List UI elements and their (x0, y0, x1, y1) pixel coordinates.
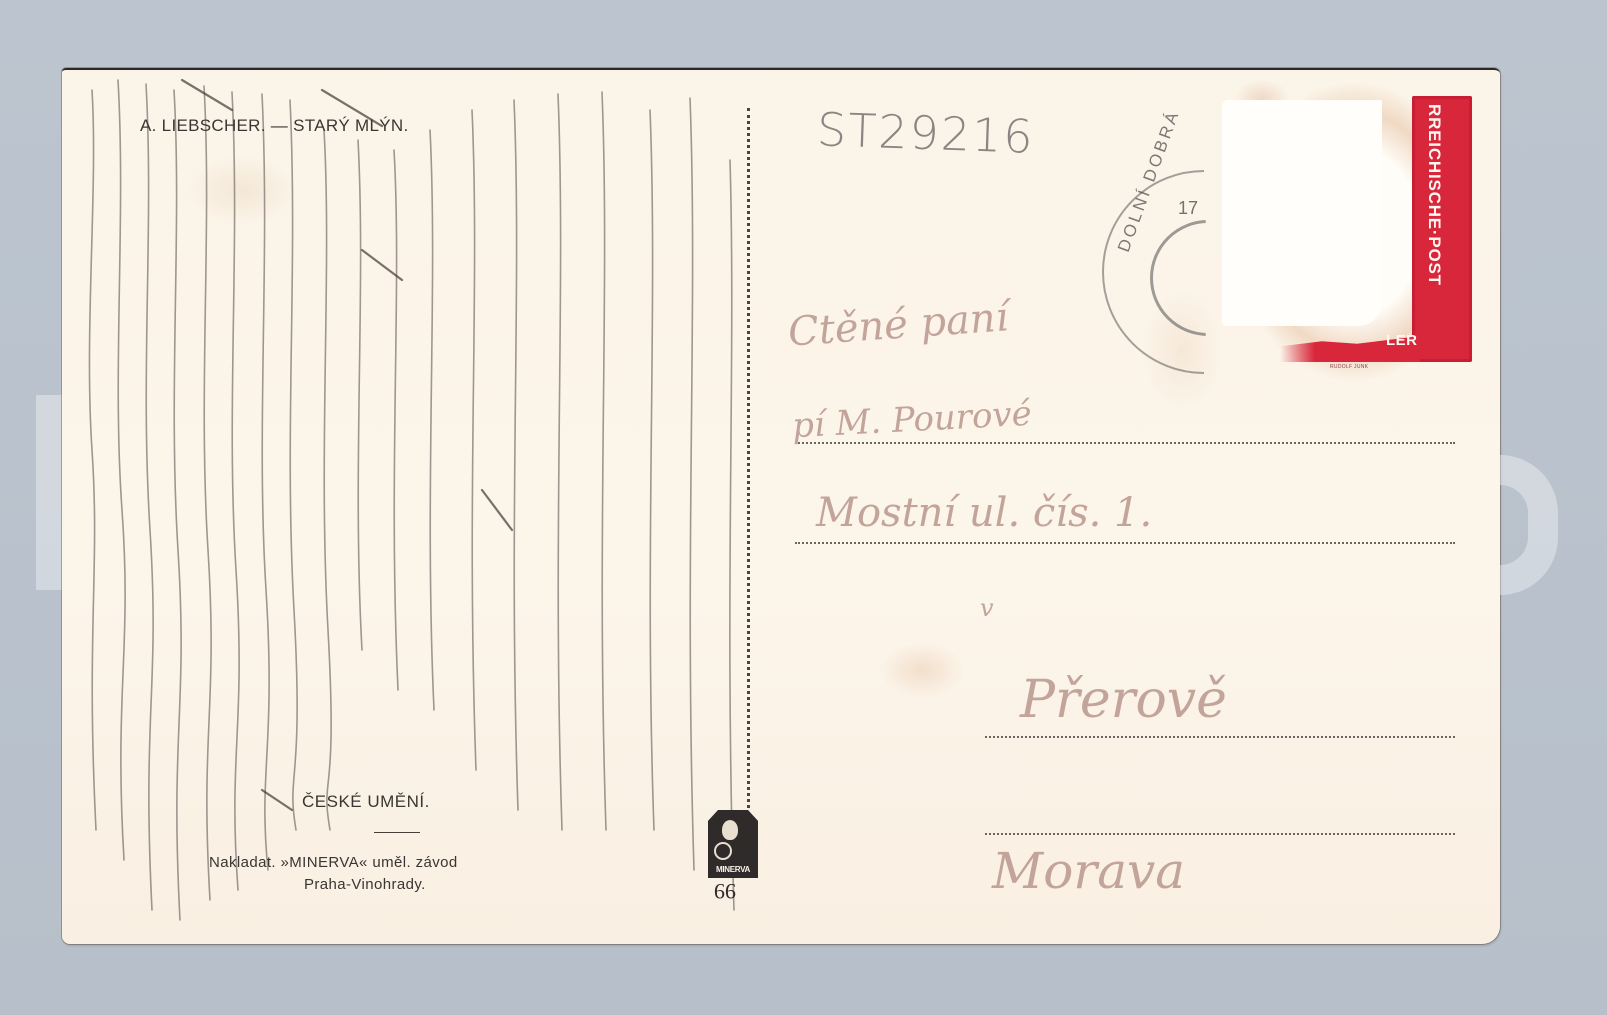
address-line-2 (795, 542, 1455, 544)
address-salutation: Ctěné paní (787, 294, 1010, 355)
minerva-logo-icon: MINERVA (708, 810, 758, 878)
artwork-caption: A. LIEBSCHER. — STARÝ MLÝN. (140, 116, 409, 136)
address-line-3 (985, 736, 1455, 738)
stamp-designer-imprint: RUDOLF JUNK (1330, 364, 1368, 370)
address-region: Morava (992, 842, 1185, 900)
address-line-1 (795, 442, 1455, 444)
address-preposition: v (980, 594, 994, 622)
caption-divider (374, 832, 420, 833)
inventory-mark: ST29216 (816, 102, 1035, 164)
publisher-city: Praha-Vinohrady. (304, 876, 426, 893)
minerva-face-icon (722, 820, 738, 840)
shield-icon (714, 842, 732, 860)
address-city: Přerově (1020, 670, 1227, 730)
series-title: ČESKÉ UMĚNÍ. (302, 792, 430, 812)
stamp-value-text: LER (1386, 332, 1418, 349)
logo-label: MINERVA (708, 865, 758, 874)
image-stage: A. LIEBSCHER. — STARÝ MLÝN. ČESKÉ UMĚNÍ.… (0, 0, 1607, 1015)
stamp-damaged-area (1222, 100, 1382, 326)
message-address-divider (747, 108, 750, 808)
address-line-4 (985, 833, 1455, 835)
stamp-country-text: RREICHISCHE·POST (1424, 104, 1444, 286)
card-number: 99 (714, 878, 736, 904)
address-street: Mostní ul. čís. 1. (816, 490, 1152, 536)
postmark-date: 17 (1178, 198, 1198, 219)
postcard-back: A. LIEBSCHER. — STARÝ MLÝN. ČESKÉ UMĚNÍ.… (62, 68, 1500, 944)
watermark-fragment-right (1500, 455, 1558, 595)
publisher-name: Nakladat. »MINERVA« uměl. závod (209, 854, 458, 871)
address-recipient: pí M. Pourové (791, 394, 1033, 446)
